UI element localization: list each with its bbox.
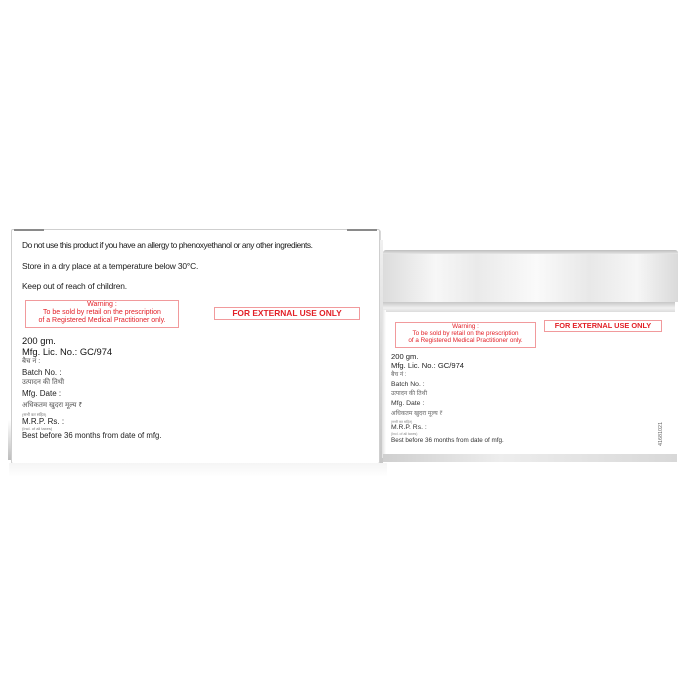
jar-product-code: 41681021 xyxy=(658,422,664,446)
jar-batch-label: Batch No. : xyxy=(391,380,504,389)
jar-warning-line-2: of a Registered Medical Practitioner onl… xyxy=(396,337,535,344)
warning-line-1: To be sold by retail on the prescription xyxy=(26,309,178,317)
mfg-date-label-hindi: उत्पादन की तिथी xyxy=(22,378,162,389)
external-use-badge: FOR EXTERNAL USE ONLY xyxy=(214,307,360,320)
jar-warning-line-1: To be sold by retail on the prescription xyxy=(396,330,535,337)
mfg-date-label: Mfg. Date : xyxy=(22,389,162,400)
mrp-label-hindi: अधिकतम खुदरा मूल्य ₹ xyxy=(22,401,162,412)
carton-left-shade xyxy=(8,420,11,460)
carton-top-edge xyxy=(347,229,377,231)
jar-external-use-badge: FOR EXTERNAL USE ONLY xyxy=(544,320,662,332)
carton-shadow xyxy=(9,463,387,477)
net-weight: 200 gm. xyxy=(22,335,162,346)
jar-mfg-date-label-hindi: उत्पादन की तिथी xyxy=(391,390,504,399)
mrp-label: M.R.P. Rs. : xyxy=(22,417,162,426)
jar-prescription-warning-box: Warning : To be sold by retail on the pr… xyxy=(395,322,536,348)
batch-label-hindi: बैच नं : xyxy=(22,357,162,368)
children-warning: Keep out of reach of children. xyxy=(22,281,127,291)
jar-rim xyxy=(383,302,675,312)
jar-mrp-label: M.R.P. Rs. : xyxy=(391,424,504,432)
carton-label: Do not use this product if you have an a… xyxy=(11,229,380,464)
jar-bottom xyxy=(383,454,677,462)
product-details: 200 gm. Mfg. Lic. No.: GC/974 बैच नं : B… xyxy=(22,335,162,441)
allergy-notice: Do not use this product if you have an a… xyxy=(22,240,313,250)
jar-batch-label-hindi: बैच नं : xyxy=(391,371,504,380)
jar-mfg-license: Mfg. Lic. No.: GC/974 xyxy=(391,361,504,370)
jar-warning-title: Warning : xyxy=(396,323,535,330)
mfg-license: Mfg. Lic. No.: GC/974 xyxy=(22,346,162,357)
warning-title: Warning : xyxy=(26,301,178,309)
jar-mrp-label-hindi: अधिकतम खुदरा मूल्य ₹ xyxy=(391,410,504,419)
carton-top-edge xyxy=(14,229,44,231)
jar-mfg-date-label: Mfg. Date : xyxy=(391,399,504,408)
jar-lid xyxy=(383,250,678,302)
best-before: Best before 36 months from date of mfg. xyxy=(22,431,162,442)
storage-instruction: Store in a dry place at a temperature be… xyxy=(22,261,198,271)
prescription-warning-box: Warning : To be sold by retail on the pr… xyxy=(25,300,179,328)
batch-label: Batch No. : xyxy=(22,368,162,379)
jar-net-weight: 200 gm. xyxy=(391,352,504,361)
jar-best-before: Best before 36 months from date of mfg. xyxy=(391,436,504,445)
warning-line-2: of a Registered Medical Practitioner onl… xyxy=(26,317,178,325)
jar-product-details: 200 gm. Mfg. Lic. No.: GC/974 बैच नं : B… xyxy=(391,352,504,445)
